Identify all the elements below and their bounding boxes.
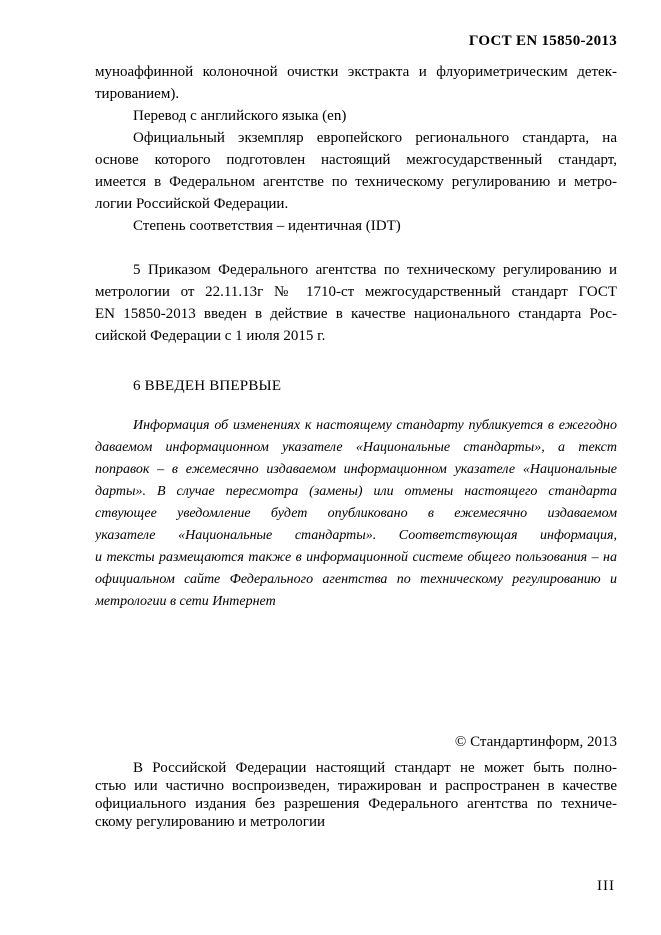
text-line: скому регулированию и метрологии bbox=[95, 813, 617, 831]
text-line: сийской Федерации с 1 июля 2015 г. bbox=[95, 325, 617, 347]
paragraph-body: Степень соответствия – идентичная (IDT) bbox=[95, 215, 617, 237]
text-line: ствующее уведомление будет опубликовано … bbox=[95, 503, 617, 525]
text-line: Официальный экземпляр европейского регио… bbox=[95, 127, 617, 149]
paragraph-body: Перевод с английского языка (en) bbox=[95, 105, 617, 127]
paragraph-italic: Информация об изменениях к настоящему ст… bbox=[95, 415, 617, 613]
paragraph-copyright: © Стандартинформ, 2013 bbox=[95, 731, 617, 753]
text-line: основе которого подготовлен настоящий ме… bbox=[95, 149, 617, 171]
text-line: © Стандартинформ, 2013 bbox=[95, 731, 617, 753]
text-line: указателе «Национальные стандарты». Соот… bbox=[95, 525, 617, 547]
text-line: логии Российской Федерации. bbox=[95, 193, 617, 215]
standard-code-header: ГОСТ EN 15850-2013 bbox=[95, 32, 617, 51]
text-line: метрологии от 22.11.13г № 1710-ст межгос… bbox=[95, 281, 617, 303]
text-line: метрологии в сети Интернет bbox=[95, 591, 617, 613]
document-content: ГОСТ EN 15850-2013 муноаффинной колоночн… bbox=[95, 32, 617, 831]
paragraph-heading: 6 ВВЕДЕН ВПЕРВЫЕ bbox=[95, 375, 617, 397]
text-line: тированием). bbox=[95, 83, 617, 105]
document-page: ГОСТ EN 15850-2013 муноаффинной колоночн… bbox=[0, 0, 661, 935]
document-body: муноаффинной колоночной очистки экстракт… bbox=[95, 61, 617, 831]
paragraph-body: Официальный экземпляр европейского регио… bbox=[95, 127, 617, 215]
text-line: дарты». В случае пересмотра (замены) или… bbox=[95, 481, 617, 503]
text-line: В Российской Федерации настоящий стандар… bbox=[95, 759, 617, 777]
text-line: и тексты размещаются также в информацион… bbox=[95, 547, 617, 569]
text-line: поправок – в ежемесячно издаваемом инфор… bbox=[95, 459, 617, 481]
paragraph-footnote: В Российской Федерации настоящий стандар… bbox=[95, 759, 617, 831]
text-line: официального издания без разрешения Феде… bbox=[95, 795, 617, 813]
paragraph-body: 5 Приказом Федерального агентства по тех… bbox=[95, 259, 617, 347]
text-line: даваемом информационном указателе «Нацио… bbox=[95, 437, 617, 459]
text-line: Перевод с английского языка (en) bbox=[95, 105, 617, 127]
text-line: 6 ВВЕДЕН ВПЕРВЫЕ bbox=[95, 375, 617, 397]
text-line: стью или частично воспроизведен, тиражир… bbox=[95, 777, 617, 795]
text-line: EN 15850-2013 введен в действие в качест… bbox=[95, 303, 617, 325]
text-line: имеется в Федеральном агентстве по техни… bbox=[95, 171, 617, 193]
text-line: официальном сайте Федерального агентства… bbox=[95, 569, 617, 591]
page-number: III bbox=[597, 878, 615, 895]
paragraph-body: муноаффинной колоночной очистки экстракт… bbox=[95, 61, 617, 105]
text-line: Информация об изменениях к настоящему ст… bbox=[95, 415, 617, 437]
text-line: муноаффинной колоночной очистки экстракт… bbox=[95, 61, 617, 83]
text-line: 5 Приказом Федерального агентства по тех… bbox=[95, 259, 617, 281]
text-line: Степень соответствия – идентичная (IDT) bbox=[95, 215, 617, 237]
